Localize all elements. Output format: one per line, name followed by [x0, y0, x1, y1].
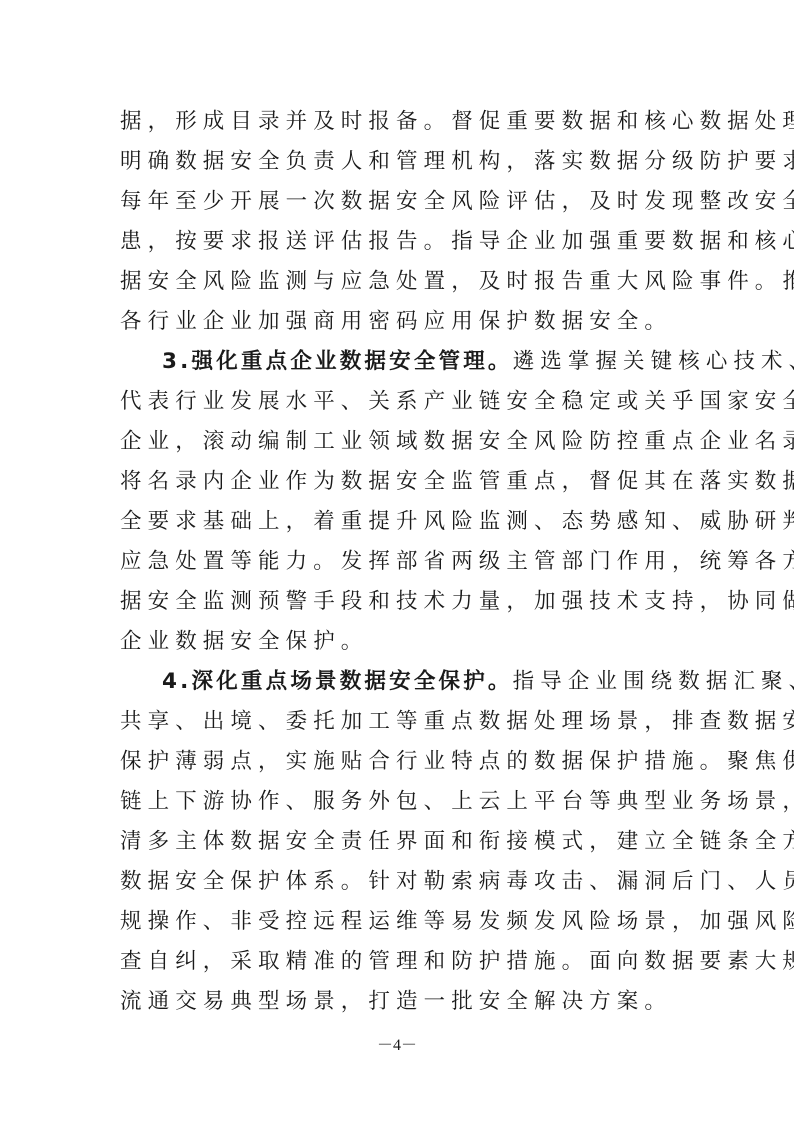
- section-4: 4.深化重点场景数据安全保护。指导企业围绕数据汇聚、 共享、出境、委托加工等重点…: [120, 662, 680, 1022]
- section-3: 3.强化重点企业数据安全管理。遴选掌握关键核心技术、 代表行业发展水平、关系产业…: [120, 342, 680, 662]
- text-line: 保护薄弱点，实施贴合行业特点的数据保护措施。聚焦供应: [120, 742, 680, 782]
- text-line: 据，形成目录并及时报备。督促重要数据和核心数据处理者: [120, 102, 680, 142]
- text-line: 企业，滚动编制工业领域数据安全风险防控重点企业名录。: [120, 422, 680, 462]
- text-line: 全要求基础上，着重提升风险监测、态势感知、威胁研判和: [120, 502, 680, 542]
- text-line: 据安全监测预警手段和技术力量，加强技术支持，协同做好: [120, 582, 680, 622]
- section-4-first-line: 4.深化重点场景数据安全保护。指导企业围绕数据汇聚、: [120, 662, 680, 702]
- text-line: 据安全风险监测与应急处置，及时报告重大风险事件。推动: [120, 262, 680, 302]
- text-line: 明确数据安全负责人和管理机构，落实数据分级防护要求，: [120, 142, 680, 182]
- text-line: 清多主体数据安全责任界面和衔接模式，建立全链条全方位: [120, 822, 680, 862]
- text-line: 代表行业发展水平、关系产业链安全稳定或关乎国家安全的: [120, 382, 680, 422]
- text-line: 流通交易典型场景，打造一批安全解决方案。: [120, 982, 680, 1022]
- text-line: 企业数据安全保护。: [120, 622, 680, 662]
- text-line: 数据安全保护体系。针对勒索病毒攻击、漏洞后门、人员违: [120, 862, 680, 902]
- document-page: 据，形成目录并及时报备。督促重要数据和核心数据处理者 明确数据安全负责人和管理机…: [120, 102, 680, 1022]
- text-line: 患，按要求报送评估报告。指导企业加强重要数据和核心数: [120, 222, 680, 262]
- section-4-lead-text: 指导企业围绕数据汇聚、: [513, 669, 794, 694]
- page-number: －4－: [0, 1032, 794, 1055]
- text-line: 每年至少开展一次数据安全风险评估，及时发现整改安全隐: [120, 182, 680, 222]
- text-line: 将名录内企业作为数据安全监管重点，督促其在落实数据安: [120, 462, 680, 502]
- section-4-heading: 4.深化重点场景数据安全保护。: [162, 669, 513, 694]
- text-line: 链上下游协作、服务外包、上云上平台等典型业务场景，厘: [120, 782, 680, 822]
- text-line: 查自纠，采取精准的管理和防护措施。面向数据要素大规模: [120, 942, 680, 982]
- text-line: 规操作、非受控远程运维等易发频发风险场景，加强风险自: [120, 902, 680, 942]
- text-line: 应急处置等能力。发挥部省两级主管部门作用，统筹各方数: [120, 542, 680, 582]
- section-3-lead-text: 遴选掌握关键核心技术、: [513, 349, 794, 374]
- text-line: 共享、出境、委托加工等重点数据处理场景，排查数据安全: [120, 702, 680, 742]
- section-3-first-line: 3.强化重点企业数据安全管理。遴选掌握关键核心技术、: [120, 342, 680, 382]
- section-3-heading: 3.强化重点企业数据安全管理。: [162, 349, 513, 374]
- paragraph-continued: 据，形成目录并及时报备。督促重要数据和核心数据处理者 明确数据安全负责人和管理机…: [120, 102, 680, 342]
- text-line: 各行业企业加强商用密码应用保护数据安全。: [120, 302, 680, 342]
